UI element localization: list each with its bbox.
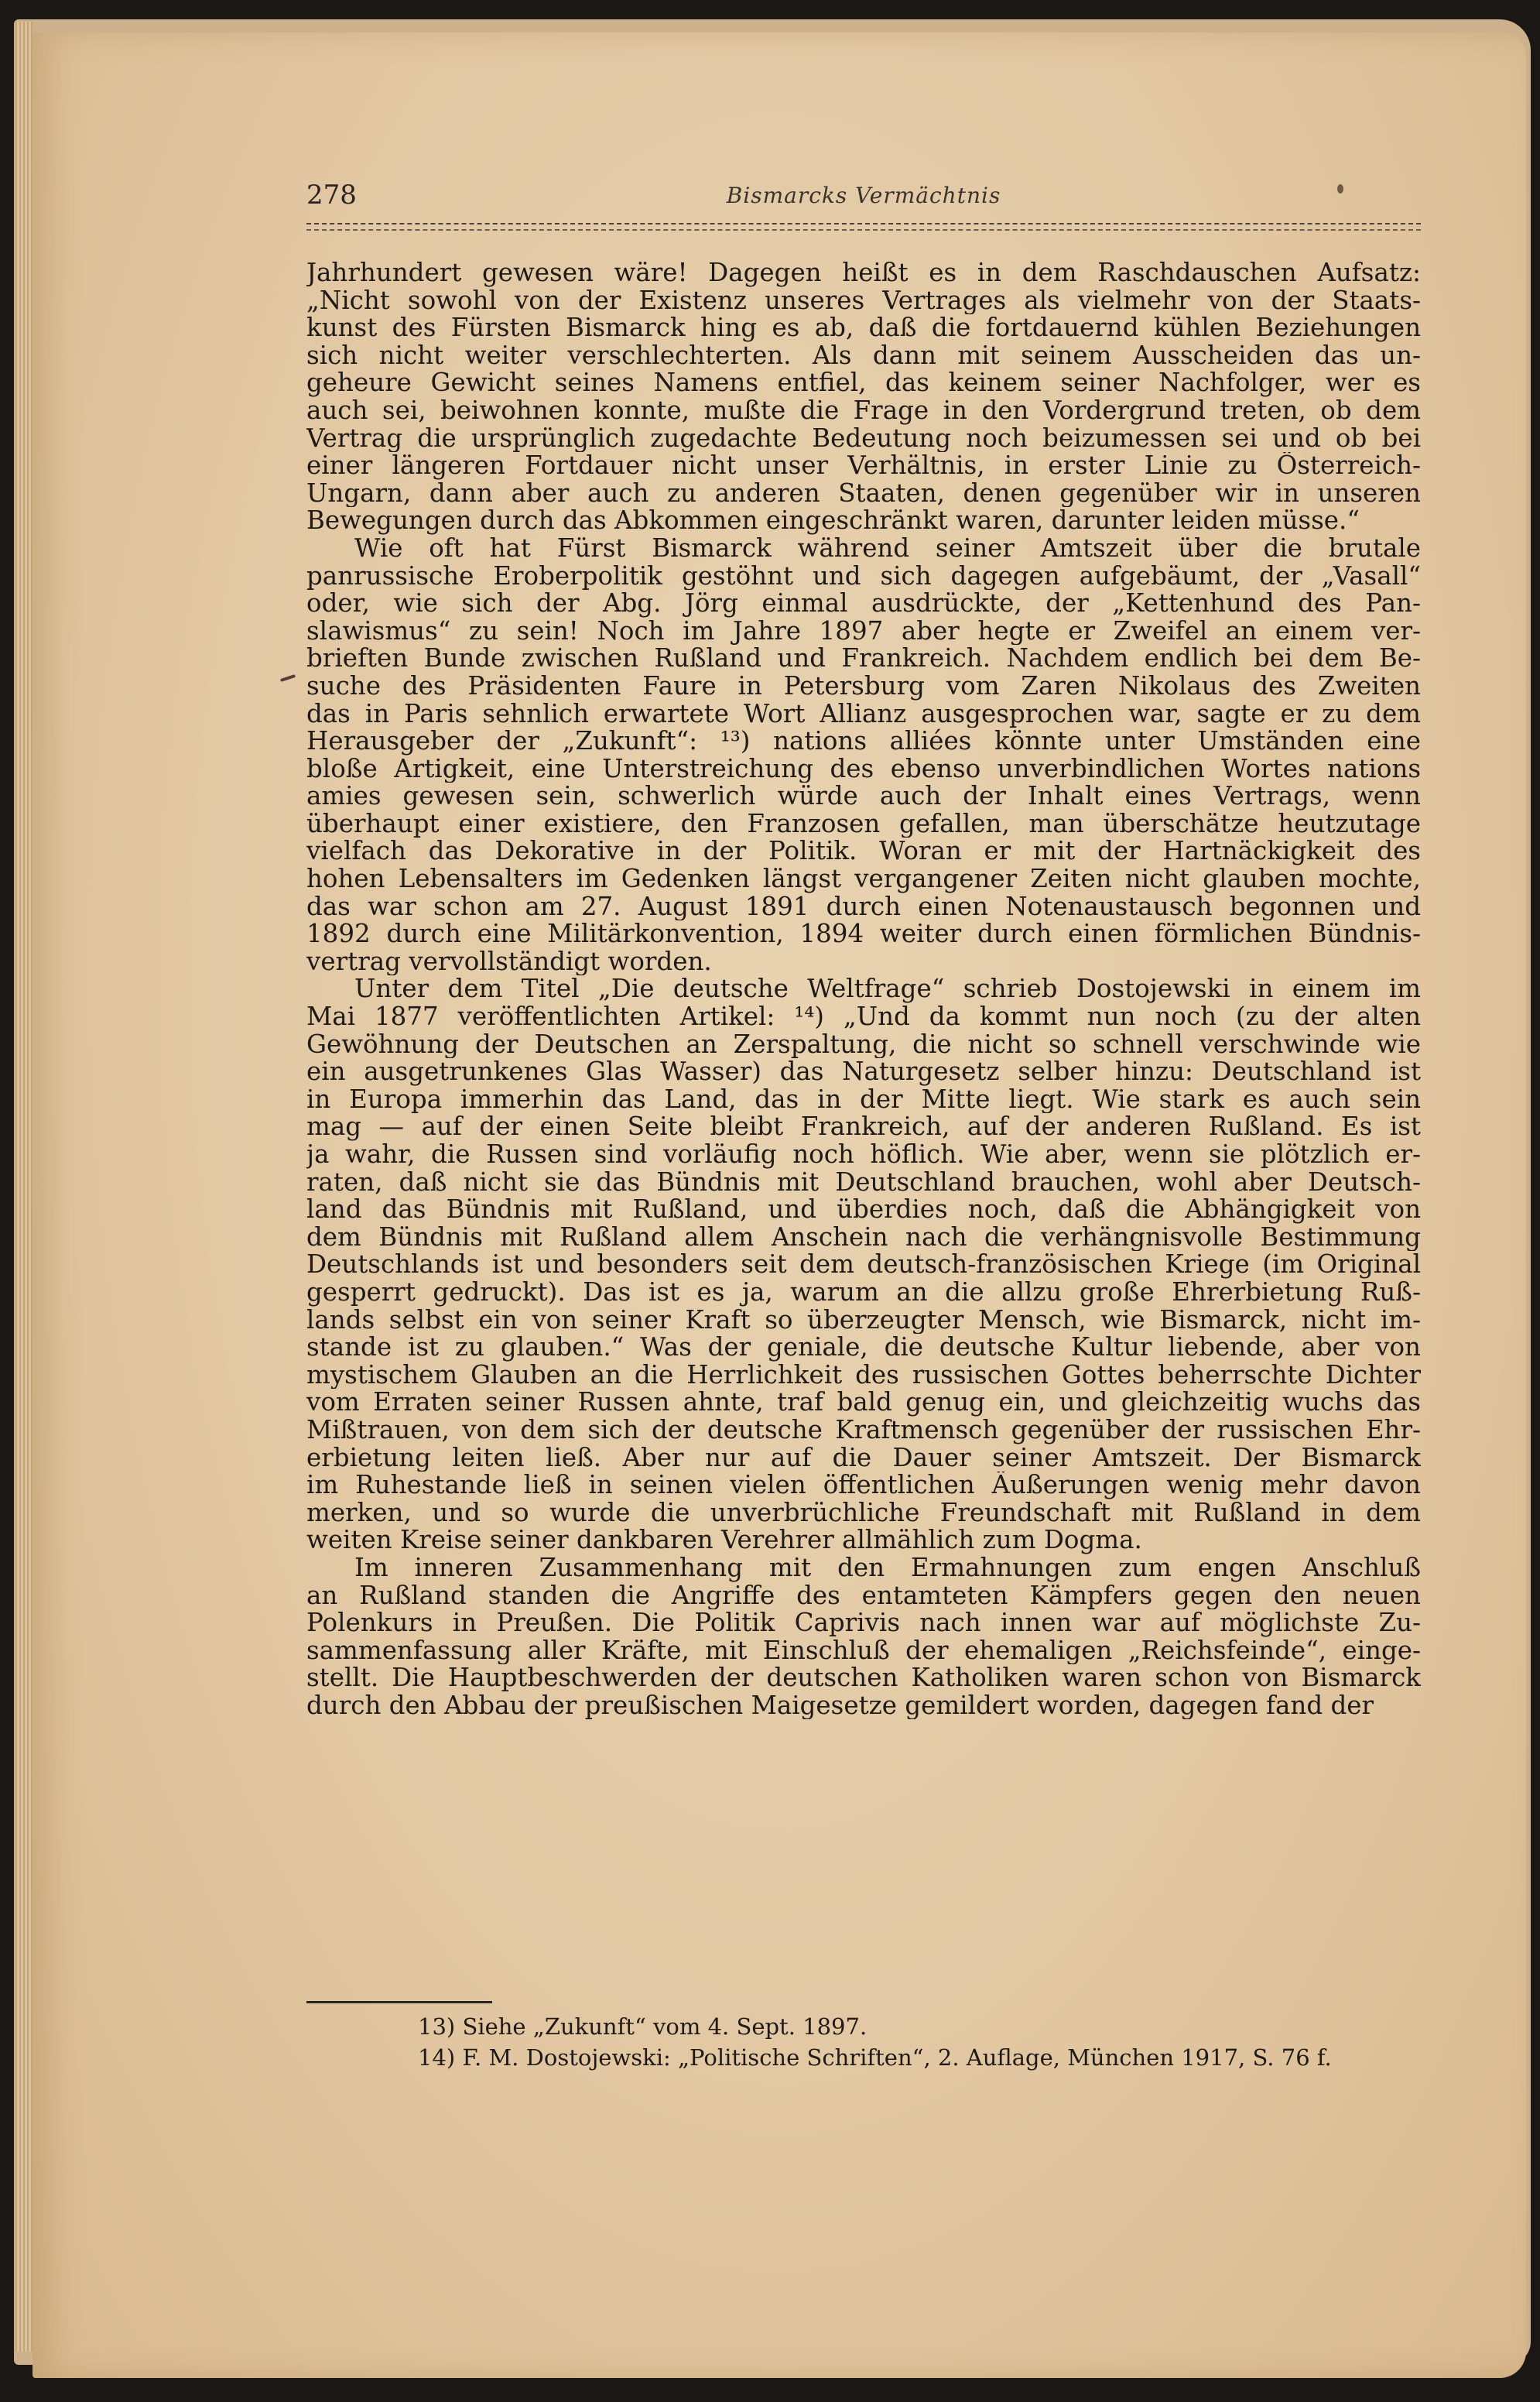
text-line: erbietung leiten ließ. Aber nur auf die … bbox=[306, 1444, 1421, 1472]
footnote-13: 13) Siehe „Zukunft“ vom 4. Sept. 1897. bbox=[418, 2011, 1424, 2042]
text-line: merken, und so wurde die unverbrüchliche… bbox=[306, 1499, 1421, 1527]
paragraph: Jahrhundert gewesen wäre! Dagegen heißt … bbox=[306, 259, 1421, 535]
text-line: brieften Bunde zwischen Rußland und Fran… bbox=[306, 645, 1421, 673]
footnotes: 13) Siehe „Zukunft“ vom 4. Sept. 1897. 1… bbox=[418, 2011, 1424, 2073]
text-line: überhaupt einer existiere, den Franzosen… bbox=[306, 810, 1421, 838]
text-line: sich nicht weiter verschlechterten. Als … bbox=[306, 342, 1421, 370]
text-line: Ungarn, dann aber auch zu anderen Staate… bbox=[306, 480, 1421, 508]
text-line: land das Bündnis mit Rußland, und überdi… bbox=[306, 1196, 1421, 1224]
text-line: Unter dem Titel „Die deutsche Weltfrage“… bbox=[306, 975, 1421, 1003]
text-line: oder, wie sich der Abg. Jörg einmal ausd… bbox=[306, 590, 1421, 618]
text-line: an Rußland standen die Angriffe des enta… bbox=[306, 1582, 1421, 1610]
footnote-text: F. M. Dostojewski: „Politische Schriften… bbox=[462, 2044, 1331, 2071]
text-line: hohen Lebensalters im Gedenken längst ve… bbox=[306, 865, 1421, 893]
text-line: stellt. Die Hauptbeschwerden der deutsch… bbox=[306, 1664, 1421, 1692]
text-line: Herausgeber der „Zukunft“: ¹³) nations a… bbox=[306, 728, 1421, 756]
text-line: Deutschlands ist und besonders seit dem … bbox=[306, 1251, 1421, 1279]
text-line: Mai 1877 veröffentlichten Artikel: ¹⁴) „… bbox=[306, 1003, 1421, 1031]
text-line: ein ausgetrunkenes Glas Wasser) das Natu… bbox=[306, 1058, 1421, 1086]
text-line: mag — auf der einen Seite bleibt Frankre… bbox=[306, 1113, 1421, 1141]
text-line: vielfach das Dekorative in der Politik. … bbox=[306, 838, 1421, 865]
text-line: gesperrt gedruckt). Das ist es ja, warum… bbox=[306, 1279, 1421, 1307]
text-line: auch sei, beiwohnen konnte, mußte die Fr… bbox=[306, 397, 1421, 425]
running-head: 278 Bismarcks Vermächtnis bbox=[306, 180, 1421, 226]
paragraph: Unter dem Titel „Die deutsche Weltfrage“… bbox=[306, 975, 1421, 1554]
text-line: amies gewesen sein, schwerlich würde auc… bbox=[306, 783, 1421, 810]
paragraph: Im inneren Zusammenhang mit den Ermahnun… bbox=[306, 1554, 1421, 1720]
text-line: „Nicht sowohl von der Existenz unseres V… bbox=[306, 287, 1421, 315]
paper-speck bbox=[1337, 184, 1343, 194]
footnote-marker: 13) bbox=[418, 2013, 455, 2040]
page-edges bbox=[15, 22, 33, 2352]
footnote-14: 14) F. M. Dostojewski: „Politische Schri… bbox=[418, 2042, 1424, 2073]
text-line: slawismus“ zu sein! Noch im Jahre 1897 a… bbox=[306, 618, 1421, 646]
text-line: suche des Präsidenten Faure in Petersbur… bbox=[306, 673, 1421, 701]
text-line: stande ist zu glauben.“ Was der geniale,… bbox=[306, 1334, 1421, 1362]
text-line: mystischem Glauben an die Herrlichkeit d… bbox=[306, 1362, 1421, 1389]
text-line: Mißtrauen, von dem sich der deutsche Kra… bbox=[306, 1417, 1421, 1444]
text-line: im Ruhestande ließ in seinen vielen öffe… bbox=[306, 1472, 1421, 1499]
body-text: Jahrhundert gewesen wäre! Dagegen heißt … bbox=[306, 259, 1421, 1719]
text-line: Vertrag die ursprünglich zugedachte Bede… bbox=[306, 425, 1421, 453]
text-line: dem Bündnis mit Rußland allem Anschein n… bbox=[306, 1224, 1421, 1252]
text-line: raten, daß nicht sie das Bündnis mit Deu… bbox=[306, 1169, 1421, 1197]
text-line: Gewöhnung der Deutschen an Zerspaltung, … bbox=[306, 1031, 1421, 1059]
text-line: Jahrhundert gewesen wäre! Dagegen heißt … bbox=[306, 259, 1421, 287]
text-line: Bewegungen durch das Abkommen eingeschrä… bbox=[306, 507, 1421, 535]
text-line: in Europa immerhin das Land, das in der … bbox=[306, 1086, 1421, 1114]
header-rule bbox=[306, 223, 1421, 231]
text-line: vertrag vervollständigt worden. bbox=[306, 948, 1421, 976]
text-line: kunst des Fürsten Bismarck hing es ab, d… bbox=[306, 314, 1421, 342]
text-line: 1892 durch eine Militärkonvention, 1894 … bbox=[306, 920, 1421, 948]
text-line: das war schon am 27. August 1891 durch e… bbox=[306, 893, 1421, 921]
footnote-text: Siehe „Zukunft“ vom 4. Sept. 1897. bbox=[462, 2013, 867, 2040]
paragraph: Wie oft hat Fürst Bismarck während seine… bbox=[306, 535, 1421, 976]
text-line: panrussische Eroberpolitik gestöhnt und … bbox=[306, 563, 1421, 591]
text-line: lands selbst ein von seiner Kraft so übe… bbox=[306, 1307, 1421, 1335]
footnote-rule bbox=[306, 2001, 492, 2003]
text-line: Wie oft hat Fürst Bismarck während seine… bbox=[306, 535, 1421, 563]
text-line: das in Paris sehnlich erwartete Wort All… bbox=[306, 701, 1421, 728]
text-line: bloße Artigkeit, eine Unterstreichung de… bbox=[306, 756, 1421, 783]
text-line: weiten Kreise seiner dankbaren Verehrer … bbox=[306, 1527, 1421, 1554]
text-line: ja wahr, die Russen sind vorläufig noch … bbox=[306, 1141, 1421, 1169]
text-line: einer längeren Fortdauer nicht unser Ver… bbox=[306, 452, 1421, 480]
text-line: Im inneren Zusammenhang mit den Ermahnun… bbox=[306, 1554, 1421, 1582]
text-line: geheure Gewicht seines Namens entfiel, d… bbox=[306, 369, 1421, 397]
text-line: durch den Abbau der preußischen Maigeset… bbox=[306, 1692, 1421, 1720]
text-line: sammenfassung aller Kräfte, mit Einschlu… bbox=[306, 1637, 1421, 1665]
text-line: Polenkurs in Preußen. Die Politik Capriv… bbox=[306, 1609, 1421, 1637]
footnote-marker: 14) bbox=[418, 2044, 455, 2071]
running-title: Bismarcks Vermächtnis bbox=[306, 183, 1421, 208]
text-line: vom Erraten seiner Russen ahnte, traf ba… bbox=[306, 1389, 1421, 1417]
